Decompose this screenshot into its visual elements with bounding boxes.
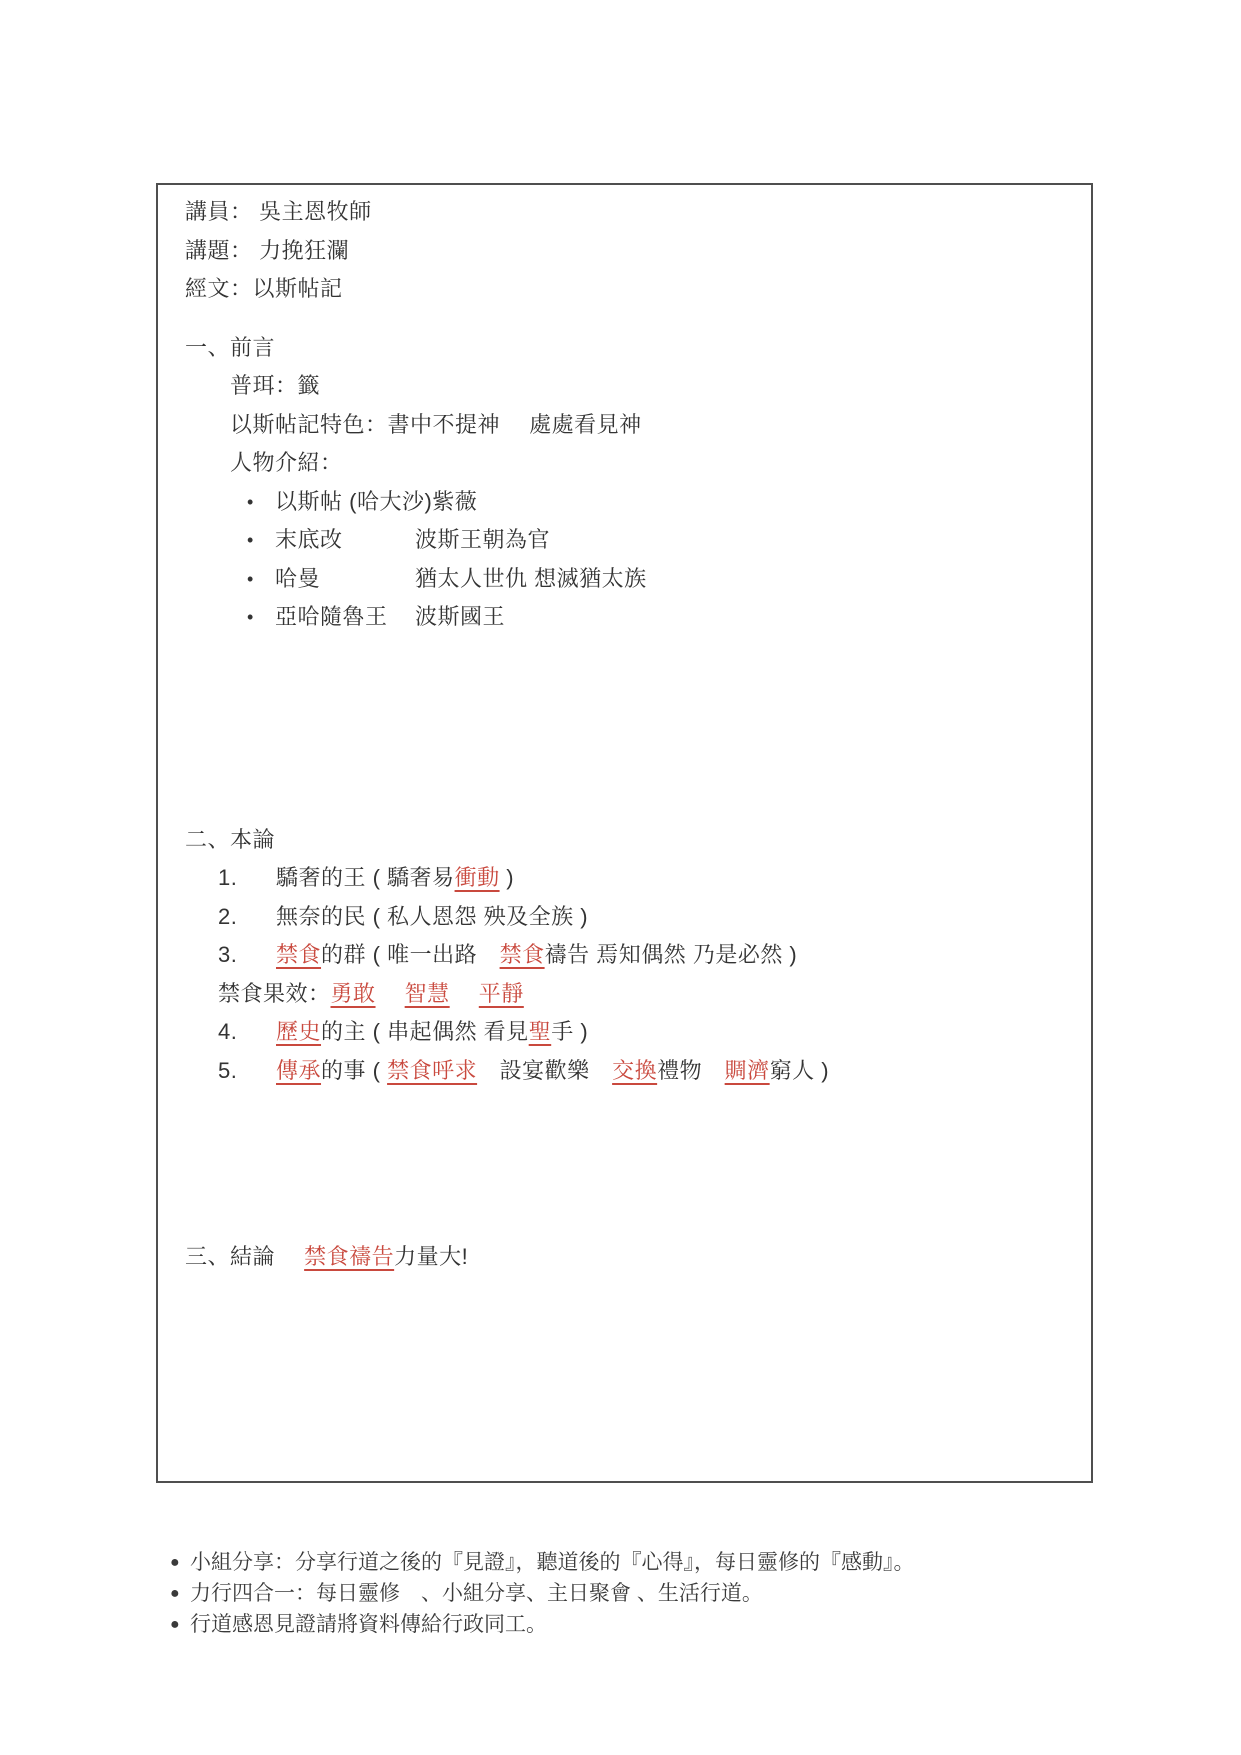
- bullet-icon: •: [247, 560, 275, 599]
- red-keyword: 禁食呼求: [387, 1058, 477, 1083]
- text-segment: 設宴歡樂: [477, 1058, 612, 1083]
- outline-item-row: 4.歷史的主 ( 串起偶然 看見聖手 ): [218, 1013, 1081, 1052]
- spacer: [185, 309, 1081, 329]
- outline-item-row: 1.驕奢的王 ( 驕奢易衝動 ): [218, 859, 1081, 898]
- text-segment: 的主 ( 串起偶然 看見: [321, 1019, 529, 1044]
- character-name: 哈曼: [275, 560, 415, 599]
- item-text: 禁食的群 ( 唯一出路 禁食禱告 焉知偶然 乃是必然 ): [276, 936, 797, 975]
- red-keyword: 賙濟: [725, 1058, 770, 1083]
- text-segment: 禱告 焉知偶然 乃是必然 ): [545, 942, 798, 967]
- bullet-icon: ●: [170, 1547, 190, 1578]
- red-keyword: 衝動: [455, 865, 500, 890]
- item-text: 歷史的主 ( 串起偶然 看見聖手 ): [276, 1013, 588, 1052]
- character-name: 末底改: [275, 521, 415, 560]
- sermon-title-line: 講題： 力挽狂瀾: [185, 232, 1081, 271]
- item-text: 無奈的民 ( 私人恩怨 殃及全族 ): [276, 898, 588, 937]
- item-number: 2.: [218, 898, 276, 937]
- section1-title: 一、前言: [185, 329, 1081, 368]
- item-number: 1.: [218, 859, 276, 898]
- outline-item-row: 5.傳承的事 ( 禁食呼求 設宴歡樂 交換禮物 賙濟窮人 ): [218, 1052, 1081, 1091]
- text-segment: 驕奢的王 ( 驕奢易: [276, 865, 455, 890]
- character-description: 紫薇: [432, 483, 477, 522]
- footer-note-row: ●小組分享：分享行道之後的『見證』，聽道後的『心得』，每日靈修的『感動』。: [170, 1547, 1170, 1578]
- puer-line: 普珥：籤: [230, 367, 1081, 406]
- item-number: 3.: [218, 936, 276, 975]
- bullet-icon: •: [247, 598, 275, 637]
- item-number: 4.: [218, 1013, 276, 1052]
- text-segment: [450, 981, 479, 1006]
- scripture-line: 經文：以斯帖記: [185, 270, 1081, 309]
- item-number: 5.: [218, 1052, 276, 1091]
- item-text: 驕奢的王 ( 驕奢易衝動 ): [276, 859, 514, 898]
- red-keyword: 禁食禱告: [304, 1244, 394, 1269]
- main-outline-list: 1.驕奢的王 ( 驕奢易衝動 )2.無奈的民 ( 私人恩怨 殃及全族 )3.禁食…: [218, 859, 1081, 1090]
- footer-note-text: 行道感恩見證請將資料傳給行政同工。: [190, 1609, 547, 1640]
- outline-item-row: 禁食果效：勇敢 智慧 平靜: [218, 975, 1081, 1014]
- character-description: 波斯國王: [415, 598, 505, 637]
- red-keyword: 禁食: [500, 942, 545, 967]
- text-segment: 窮人 ): [770, 1058, 829, 1083]
- text-segment: [376, 981, 405, 1006]
- character-name: 亞哈隨魯王: [275, 598, 415, 637]
- text-segment: 的事 (: [321, 1058, 387, 1083]
- character-description: 猶太人世仇 想滅猶太族: [415, 560, 647, 599]
- character-row: •哈曼猶太人世仇 想滅猶太族: [247, 560, 1081, 599]
- spacer: [185, 1090, 1081, 1238]
- footer-note-row: ●力行四合一：每日靈修 、小組分享、主日聚會 、生活行道。: [170, 1578, 1170, 1609]
- speaker-line: 講員： 吳主恩牧師: [185, 193, 1081, 232]
- footer-note-row: ●行道感恩見證請將資料傳給行政同工。: [170, 1609, 1170, 1640]
- characters-list: •以斯帖 (哈大沙)紫薇•末底改波斯王朝為官•哈曼猶太人世仇 想滅猶太族•亞哈隨…: [247, 483, 1081, 637]
- footer-note-text: 小組分享：分享行道之後的『見證』，聽道後的『心得』，每日靈修的『感動』。: [190, 1547, 915, 1578]
- red-keyword: 歷史: [276, 1019, 321, 1044]
- characters-intro-line: 人物介紹：: [230, 444, 1081, 483]
- red-keyword: 聖: [529, 1019, 552, 1044]
- footer-note-text: 力行四合一：每日靈修 、小組分享、主日聚會 、生活行道。: [190, 1578, 763, 1609]
- bullet-icon: ●: [170, 1578, 190, 1609]
- section2-title: 二、本論: [185, 821, 1081, 860]
- outline-item-row: 2.無奈的民 ( 私人恩怨 殃及全族 ): [218, 898, 1081, 937]
- text-segment: 的群 ( 唯一出路: [321, 942, 500, 967]
- spacer: [185, 637, 1081, 821]
- item-text: 禁食果效：勇敢 智慧 平靜: [218, 975, 524, 1014]
- bullet-icon: ●: [170, 1609, 190, 1640]
- footer-notes: ●小組分享：分享行道之後的『見證』，聽道後的『心得』，每日靈修的『感動』。●力行…: [170, 1547, 1170, 1640]
- bullet-icon: •: [247, 521, 275, 560]
- text-segment: 三、結論: [185, 1244, 304, 1269]
- text-segment: 手 ): [551, 1019, 588, 1044]
- character-row: •以斯帖 (哈大沙)紫薇: [247, 483, 1081, 522]
- red-keyword: 禁食: [276, 942, 321, 967]
- red-keyword: 勇敢: [331, 981, 376, 1006]
- character-name: 以斯帖 (哈大沙): [275, 483, 432, 522]
- text-segment: 禮物: [657, 1058, 725, 1083]
- red-keyword: 平靜: [479, 981, 524, 1006]
- text-segment: 無奈的民 ( 私人恩怨 殃及全族 ): [276, 904, 588, 929]
- outline-document-box: 講員： 吳主恩牧師 講題： 力挽狂瀾 經文：以斯帖記 一、前言 普珥：籤 以斯帖…: [156, 183, 1093, 1483]
- section3-conclusion-line: 三、結論 禁食禱告力量大!: [185, 1238, 1081, 1277]
- text-segment: ): [500, 865, 514, 890]
- text-segment: 力量大!: [394, 1244, 468, 1269]
- red-keyword: 交換: [612, 1058, 657, 1083]
- character-row: •亞哈隨魯王波斯國王: [247, 598, 1081, 637]
- character-description: 波斯王朝為官: [415, 521, 550, 560]
- red-keyword: 傳承: [276, 1058, 321, 1083]
- character-row: •末底改波斯王朝為官: [247, 521, 1081, 560]
- red-keyword: 智慧: [405, 981, 450, 1006]
- text-segment: 禁食果效：: [218, 981, 331, 1006]
- outline-item-row: 3.禁食的群 ( 唯一出路 禁食禱告 焉知偶然 乃是必然 ): [218, 936, 1081, 975]
- item-text: 傳承的事 ( 禁食呼求 設宴歡樂 交換禮物 賙濟窮人 ): [276, 1052, 829, 1091]
- esther-feature-line: 以斯帖記特色：書中不提神 處處看見神: [230, 406, 1081, 445]
- bullet-icon: •: [247, 483, 275, 522]
